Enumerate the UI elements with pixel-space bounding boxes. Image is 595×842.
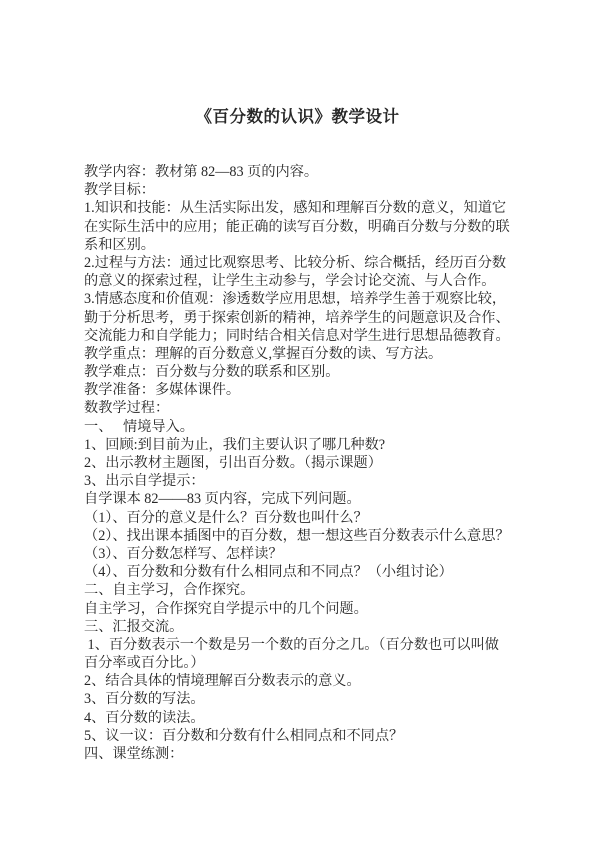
text-line: 教学内容：教材第 82—83 页的内容。	[84, 163, 514, 181]
text-line: 1、回顾:到目前为止，我们主要认识了哪几种数?	[84, 436, 514, 454]
text-line: 四、课堂练测：	[84, 745, 514, 763]
text-line: 自主学习，合作探究自学提示中的几个问题。	[84, 600, 514, 618]
text-line: 自学课本 82——83 页内容，完成下列问题。	[84, 490, 514, 508]
document-title: 《百分数的认识》教学设计	[0, 106, 595, 128]
text-line: 教学重点：理解的百分数意义,掌握百分数的读、写方法。	[84, 345, 514, 363]
text-line: 系和区别。	[84, 236, 514, 254]
text-line: 教学目标：	[84, 181, 514, 199]
text-line: 3.情感态度和价值观：渗透数学应用思想，培养学生善于观察比较，	[84, 290, 514, 308]
text-line: 教学难点：百分数与分数的联系和区别。	[84, 363, 514, 381]
text-line: （4）、百分数和分数有什么相同点和不同点？（小组讨论）	[84, 563, 514, 581]
text-line: 三、汇报交流。	[84, 618, 514, 636]
text-line: 的意义的探索过程，让学生主动参与，学会讨论交流、与人合作。	[84, 272, 514, 290]
text-line: 百分率或百分比。）	[84, 654, 514, 672]
text-line: 教学准备：多媒体课件。	[84, 381, 514, 399]
text-line: 3、出示自学提示：	[84, 472, 514, 490]
text-line: 一、 情境导入。	[84, 418, 514, 436]
text-line: 5、议一议：百分数和分数有什么相同点和不同点？	[84, 727, 514, 745]
text-line: （2）、找出课本插图中的百分数，想一想这些百分数表示什么意思？	[84, 527, 514, 545]
text-line: 3、百分数的写法。	[84, 690, 514, 708]
text-line: 数教学过程：	[84, 399, 514, 417]
text-line: （1）、百分的意义是什么？百分数也叫什么？	[84, 509, 514, 527]
text-line: 1.知识和技能：从生活实际出发，感知和理解百分数的意义，知道它	[84, 199, 514, 217]
text-line: （3）、百分数怎样写、怎样读？	[84, 545, 514, 563]
text-line: 2.过程与方法：通过比观察思考、比较分析、综合概括，经历百分数	[84, 254, 514, 272]
text-line: 2、出示教材主题图，引出百分数。（揭示课题）	[84, 454, 514, 472]
document-body: 教学内容：教材第 82—83 页的内容。教学目标：1.知识和技能：从生活实际出发…	[84, 163, 514, 763]
text-line: 2、结合具体的情境理解百分数表示的意义。	[84, 672, 514, 690]
text-line: 1、百分数表示一个数是另一个数的百分之几。（百分数也可以叫做	[84, 636, 514, 654]
text-line: 交流能力和自学能力；同时结合相关信息对学生进行思想品德教育。	[84, 327, 514, 345]
text-line: 4、百分数的读法。	[84, 709, 514, 727]
text-line: 在实际生活中的应用；能正确的读写百分数，明确百分数与分数的联	[84, 218, 514, 236]
document-page: 《百分数的认识》教学设计 教学内容：教材第 82—83 页的内容。教学目标：1.…	[0, 0, 595, 842]
text-line: 勤于分析思考，勇于探索创新的精神，培养学生的问题意识及合作、	[84, 309, 514, 327]
text-line: 二、自主学习，合作探究。	[84, 581, 514, 599]
